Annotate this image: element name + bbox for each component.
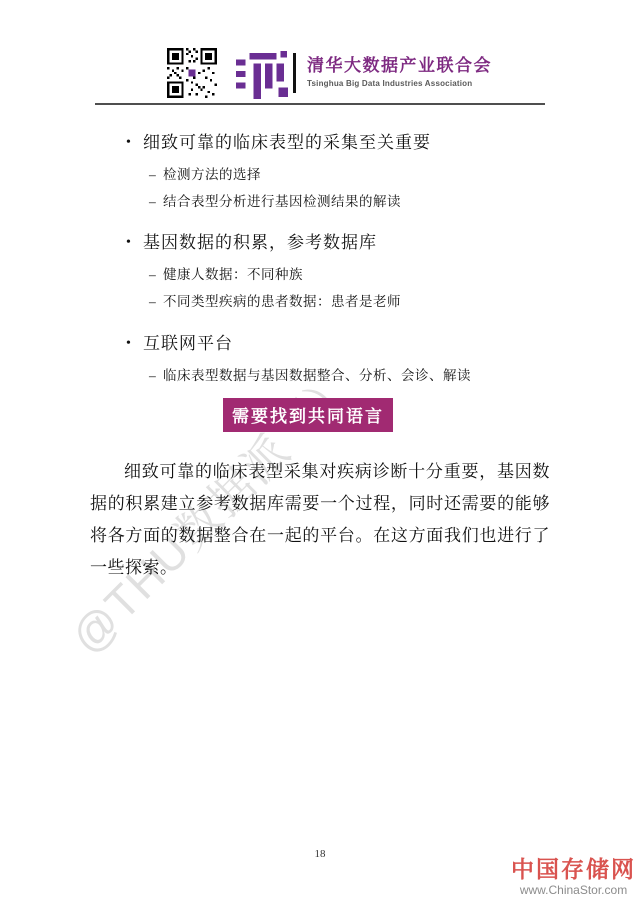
site-badge-name: 中国存储网: [511, 857, 636, 882]
bullet-label: 细致可靠的临床表型的采集至关重要: [143, 131, 431, 154]
org-titles: 清华大数据产业联合会 Tsinghua Big Data Industries …: [307, 56, 567, 88]
page-header: 清华大数据产业联合会 Tsinghua Big Data Industries …: [95, 45, 545, 105]
sub-bullet-label: 结合表型分析进行基因检测结果的解读: [163, 188, 401, 215]
sub-bullet-item: – 健康人数据：不同种族: [149, 261, 640, 288]
header-divider-bar: [293, 53, 296, 93]
sub-bullet-list: – 临床表型数据与基因数据整合、分析、会诊、解读: [0, 362, 640, 389]
sub-bullet-list: – 检测方法的选择 – 结合表型分析进行基因检测结果的解读: [0, 161, 640, 215]
bullet-group-2: • 基因数据的积累，参考数据库 – 健康人数据：不同种族 – 不同类型疾病的患者…: [0, 231, 640, 315]
dash-marker: –: [149, 188, 163, 215]
bullet-marker: •: [126, 332, 143, 355]
sub-bullet-label: 临床表型数据与基因数据整合、分析、会诊、解读: [163, 362, 471, 389]
dash-marker: –: [149, 362, 163, 389]
pai-pixel-logo-icon: [235, 51, 291, 99]
dash-marker: –: [149, 261, 163, 288]
site-badge-url: www.ChinaStor.com: [511, 883, 636, 897]
main-content: • 细致可靠的临床表型的采集至关重要 – 检测方法的选择 – 结合表型分析进行基…: [0, 131, 640, 584]
bullet-group-1: • 细致可靠的临床表型的采集至关重要 – 检测方法的选择 – 结合表型分析进行基…: [0, 131, 640, 215]
sub-bullet-item: – 检测方法的选择: [149, 161, 640, 188]
site-badge: 中国存储网 www.ChinaStor.com: [511, 857, 636, 897]
bullet-marker: •: [126, 131, 143, 154]
org-name-en: Tsinghua Big Data Industries Association: [307, 79, 567, 88]
bullet-group-3: • 互联网平台 – 临床表型数据与基因数据整合、分析、会诊、解读: [0, 332, 640, 389]
sub-bullet-item: – 结合表型分析进行基因检测结果的解读: [149, 188, 640, 215]
sub-bullet-label: 健康人数据：不同种族: [163, 261, 303, 288]
document-page: 清华大数据产业联合会 Tsinghua Big Data Industries …: [0, 0, 640, 904]
org-name-zh: 清华大数据产业联合会: [307, 56, 567, 76]
sub-bullet-item: – 临床表型数据与基因数据整合、分析、会诊、解读: [149, 362, 640, 389]
sub-bullet-label: 不同类型疾病的患者数据：患者是老师: [163, 288, 401, 315]
bullet-item: • 基因数据的积累，参考数据库: [126, 231, 640, 254]
bullet-label: 互联网平台: [143, 332, 233, 355]
dash-marker: –: [149, 161, 163, 188]
bullet-item: • 互联网平台: [126, 332, 640, 355]
bullet-marker: •: [126, 231, 143, 254]
highlight-banner: 需要找到共同语言: [223, 398, 393, 432]
body-paragraph: 细致可靠的临床表型采集对疾病诊断十分重要，基因数据的积累建立参考数据库需要一个过…: [90, 456, 550, 584]
sub-bullet-list: – 健康人数据：不同种族 – 不同类型疾病的患者数据：患者是老师: [0, 261, 640, 315]
bullet-item: • 细致可靠的临床表型的采集至关重要: [126, 131, 640, 154]
sub-bullet-item: – 不同类型疾病的患者数据：患者是老师: [149, 288, 640, 315]
dash-marker: –: [149, 288, 163, 315]
sub-bullet-label: 检测方法的选择: [163, 161, 261, 188]
qr-code-icon: [167, 48, 217, 98]
bullet-label: 基因数据的积累，参考数据库: [143, 231, 377, 254]
